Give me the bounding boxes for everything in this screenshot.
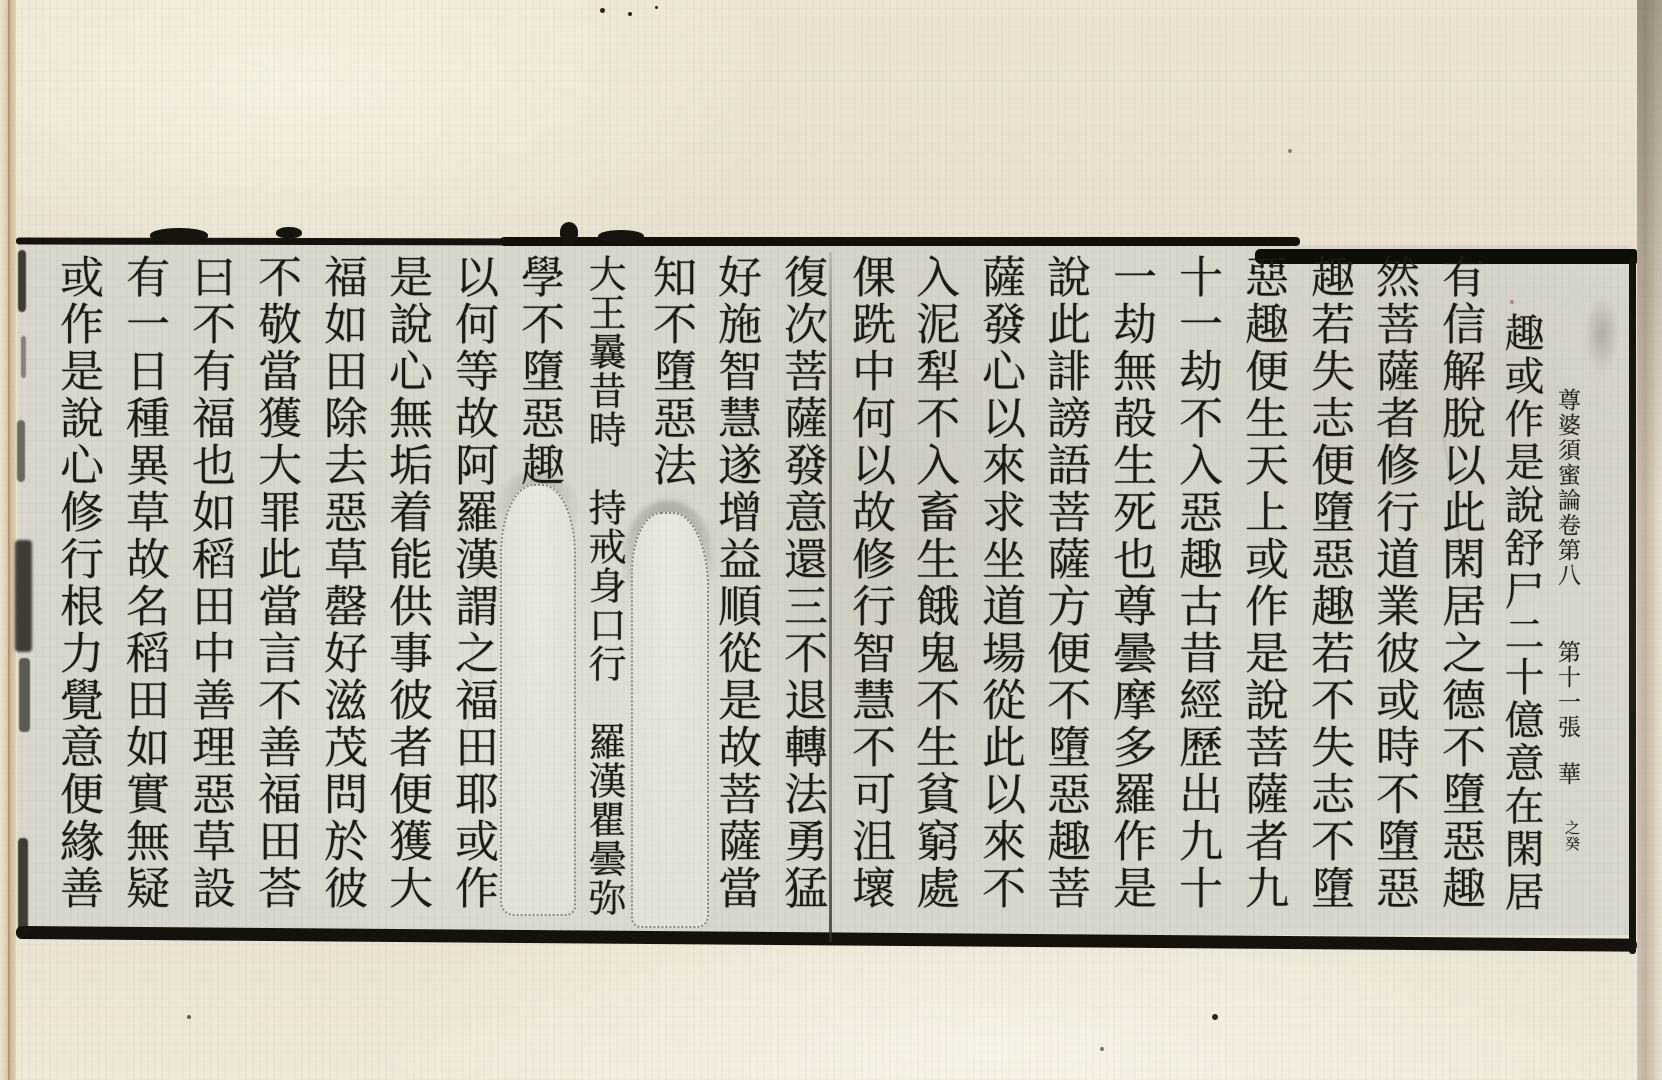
paper-speck (628, 12, 632, 16)
border-ink-blotch (598, 230, 644, 242)
block-border-left-segment (17, 420, 25, 482)
block-border-top-left-segment (16, 238, 576, 246)
text-column-02: 有信解脫以此閑居之德不墮惡趣 (1430, 254, 1488, 929)
text-column-10: 入泥犁不入畜生餓鬼不生貧窮處 (904, 254, 962, 929)
manuscript-page: 趣或作是說舒尸二十億意在閑居 有信解脫以此閑居之德不墮惡趣 然菩薩者修行道業彼或… (0, 0, 1662, 1080)
paper-speck (600, 8, 605, 13)
text-column-23: 或作是說心修行根力覺意便緣善 (48, 254, 106, 929)
block-border-left-segment (21, 336, 26, 378)
paper-left-crease (8, 0, 10, 1080)
text-column-12: 復次菩薩發意還三不退轉法勇猛 (772, 254, 830, 929)
text-column-16: 學不墮惡趣 (509, 254, 567, 929)
paper-speck (1510, 300, 1514, 304)
block-border-right (1629, 257, 1636, 954)
margin-collation-mark: 華 (1551, 762, 1583, 787)
text-column-08: 說此誹謗語菩薩方便不墮惡趣菩 (1035, 254, 1093, 929)
paper-right-fold-shadow (1637, 0, 1662, 520)
text-column-15-verse: 大王曩昔時 持戒身口行 羅漢瞿曇弥 (575, 254, 633, 929)
block-border-left-segment (19, 658, 30, 732)
border-ink-blotch (150, 228, 208, 242)
text-column-06: 十一劫不入惡趣古昔經歷出九十 (1167, 254, 1225, 929)
text-column-07: 一劫無㱿生死也尊曇摩多羅作是 (1101, 254, 1159, 929)
paper-speck (1288, 149, 1292, 153)
text-column-20: 不敬當獲大罪此當言不善福田荅 (246, 254, 304, 929)
text-column-11: 倮跣中何以故修行智慧不可沮壞 (840, 254, 898, 929)
paper-speck (187, 1015, 191, 1019)
paper-speck (655, 6, 658, 9)
text-column-04: 趣若失志便墮惡趣若不失志不墮 (1299, 254, 1357, 929)
text-column-19: 福如田除去惡草罄好滋茂問於彼 (312, 254, 370, 929)
faint-stain (1585, 295, 1619, 373)
border-ink-blotch (560, 222, 578, 242)
text-column-17: 以何等故阿羅漢謂之福田耶或作 (443, 254, 501, 929)
block-border-left-segment (18, 838, 28, 934)
margin-sheet-number: 第十一張 (1551, 640, 1583, 740)
block-border-left-ink-smear (15, 540, 32, 652)
text-column-01: 趣或作是說舒尸二十億意在閑居 (1492, 312, 1550, 987)
text-column-21: 曰不有福也如稻田中善理惡草設 (180, 254, 238, 929)
text-column-03: 然菩薩者修行道業彼或時不墮惡 (1364, 254, 1422, 929)
text-column-13: 好施智慧遂增益順從是故菩薩當 (706, 254, 764, 929)
text-column-09: 薩發心以來求坐道場從此以來不 (970, 254, 1028, 929)
paper-speck (1212, 1014, 1218, 1020)
text-column-18: 是說心無垢着能供事彼者便獲大 (377, 254, 435, 929)
margin-collation-sub: 之癸 (1560, 820, 1582, 852)
paper-speck (1100, 1047, 1104, 1051)
text-column-14: 知不墮惡法 (641, 254, 699, 929)
text-column-22: 有一日種異草故名稻田如實無疑 (114, 254, 172, 929)
margin-title: 尊婆須蜜論卷第八 (1551, 388, 1583, 588)
text-column-05: 惡趣便生天上或作是說菩薩者九 (1233, 254, 1291, 929)
border-ink-blotch (276, 227, 302, 238)
block-border-left-segment (18, 250, 26, 312)
